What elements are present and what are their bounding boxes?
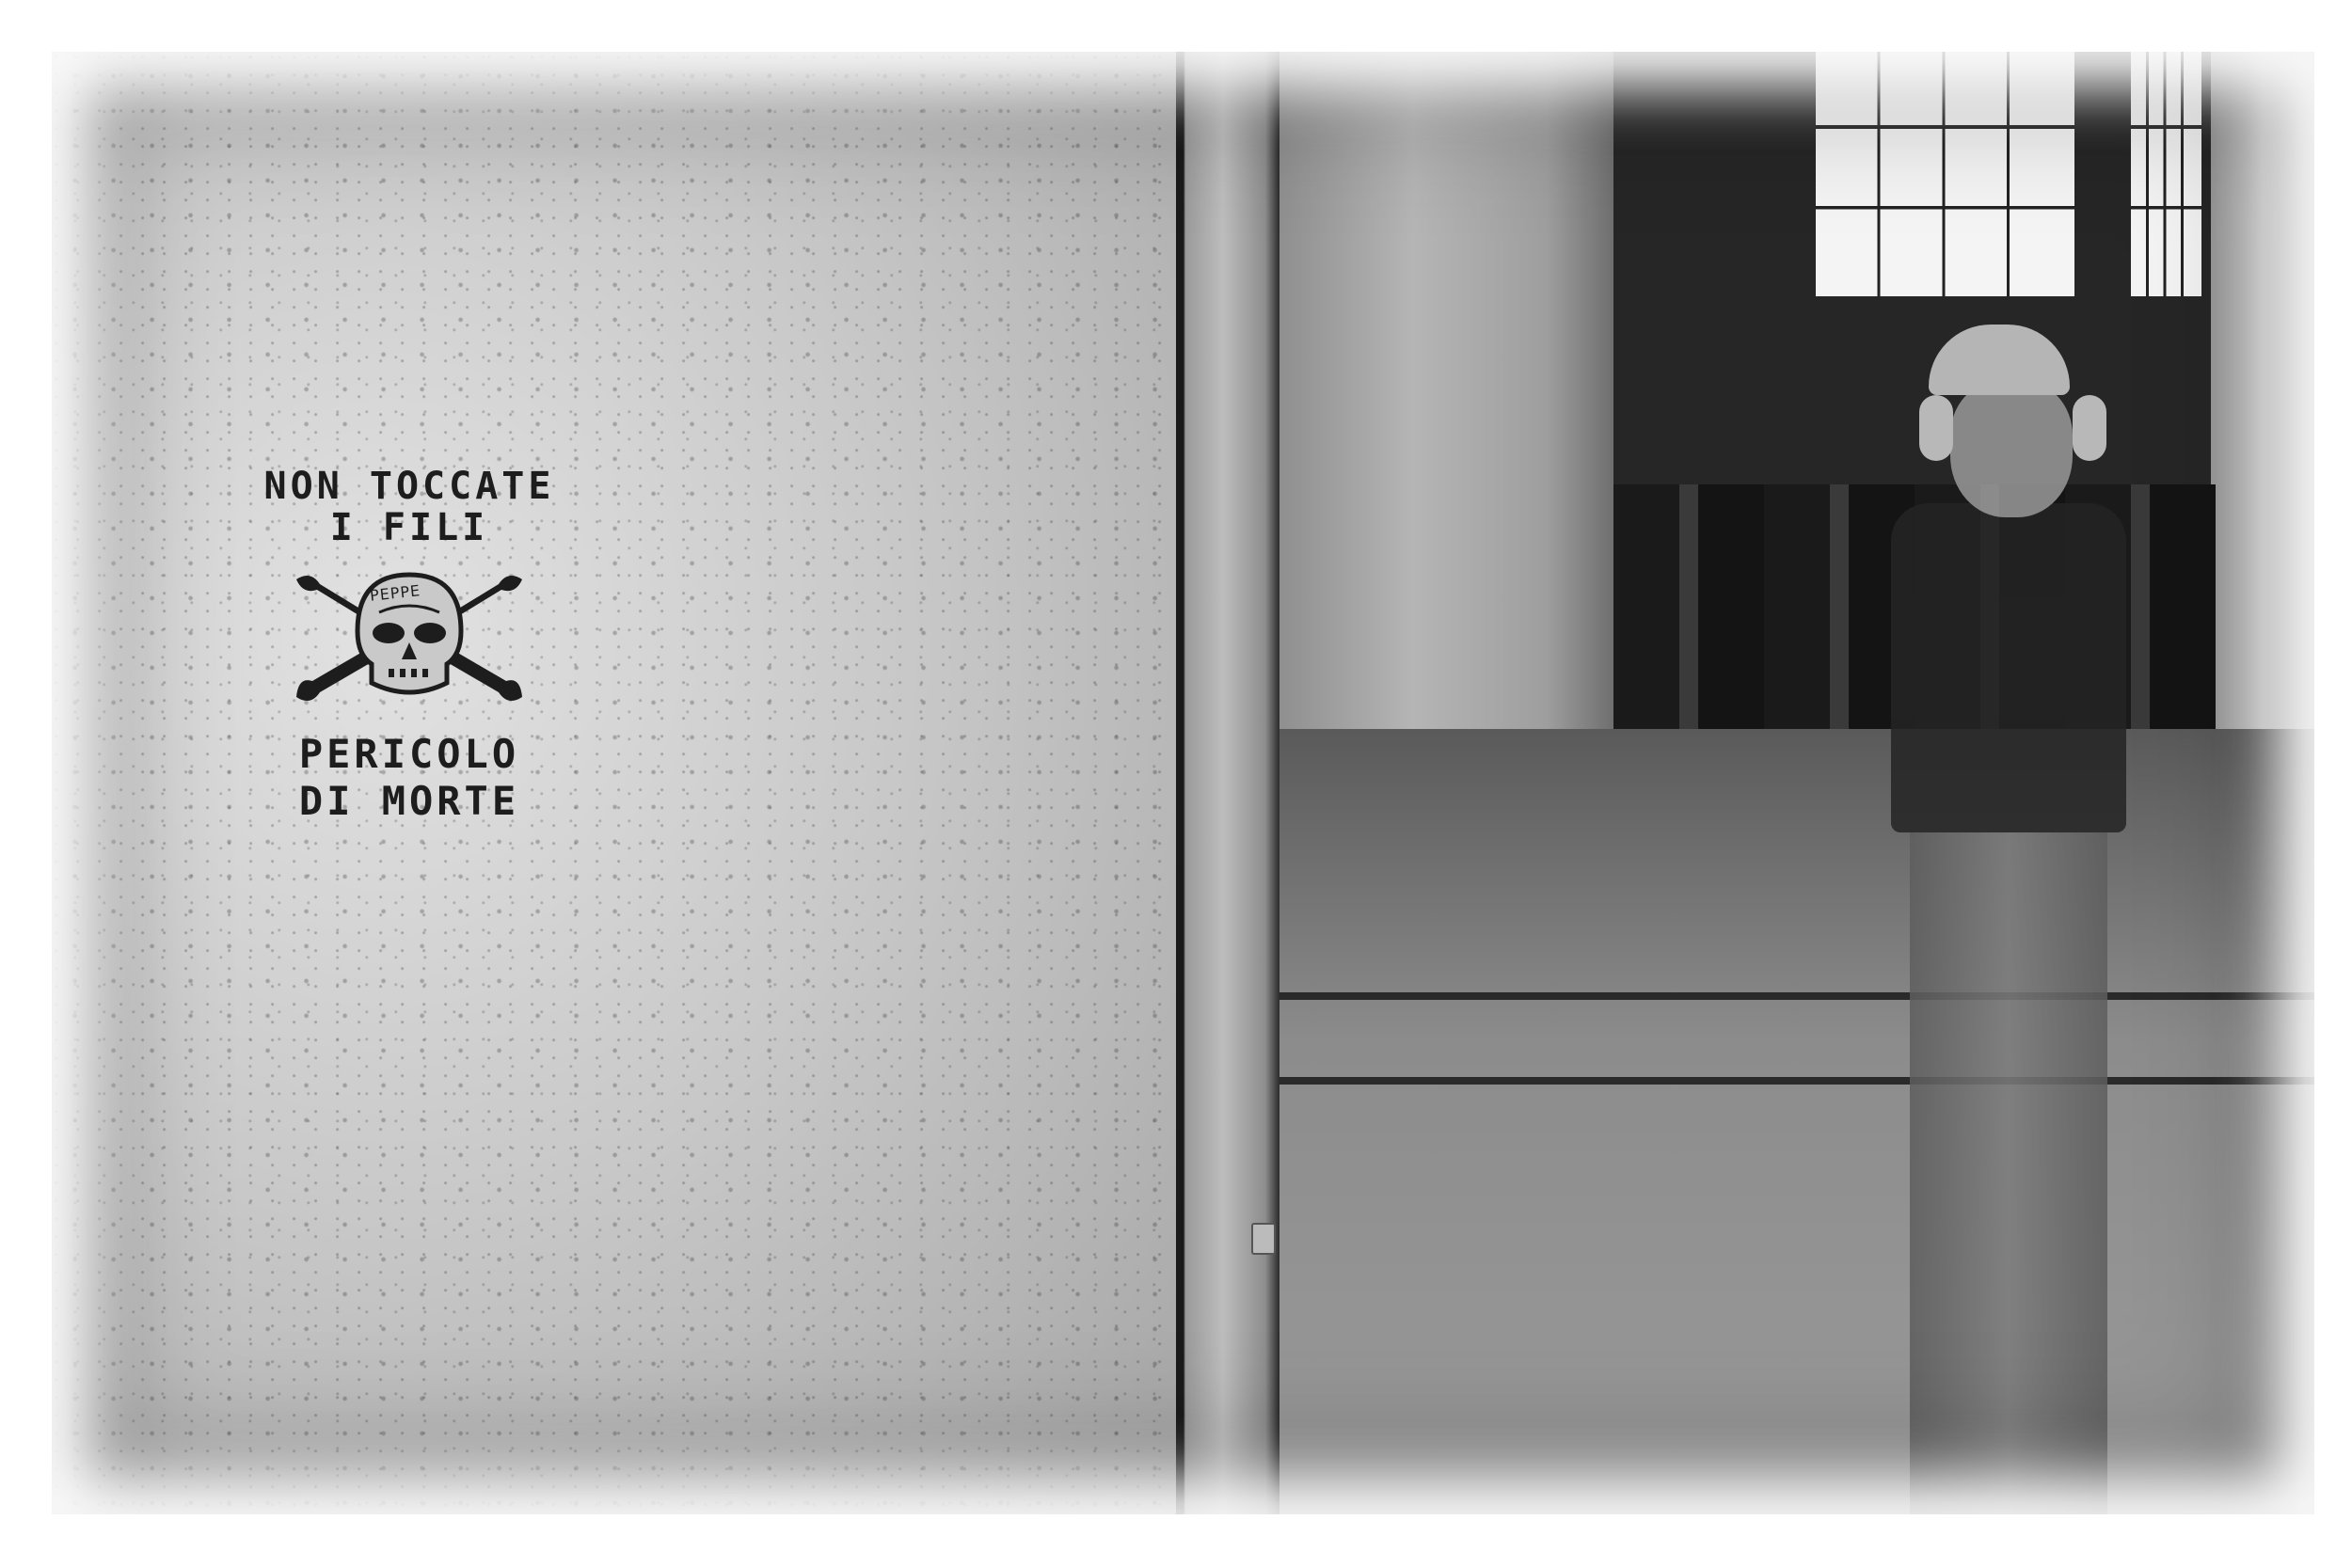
graffiti-pillar: [2211, 52, 2314, 767]
worker-trousers: [1910, 823, 2107, 1514]
factory-window-right: [2131, 52, 2201, 296]
floor-rail: [1279, 1077, 2314, 1085]
ear-defender-icon: [1919, 395, 1953, 461]
door-latch: [1251, 1223, 1276, 1255]
stencil-line-3: PERICOLO: [212, 731, 607, 778]
stencil-line-1: NON TOCCATE: [212, 466, 607, 507]
stencil-line-4: DI MORTE: [212, 778, 607, 825]
floor-rail: [1279, 992, 2314, 1000]
skull-and-crossbones-icon: PEPPE: [268, 565, 550, 716]
stencil-line-2: I FILI: [212, 507, 607, 548]
worker-face: [1950, 381, 2073, 517]
hard-hat-icon: [1929, 325, 2070, 395]
factory-floor: [1279, 729, 2314, 1514]
worker-figure: [1839, 315, 2159, 1514]
warning-stencil: NON TOCCATE I FILI PEPPE PERICOLO DI MOR…: [212, 466, 607, 825]
door-frame: [1176, 52, 1279, 1514]
ear-defender-icon: [2073, 395, 2106, 461]
worker-shirt: [1891, 503, 2126, 832]
factory-window: [1816, 52, 2074, 296]
photograph: NON TOCCATE I FILI PEPPE PERICOLO DI MOR…: [52, 52, 2314, 1514]
concrete-pillar: [1279, 52, 1613, 729]
